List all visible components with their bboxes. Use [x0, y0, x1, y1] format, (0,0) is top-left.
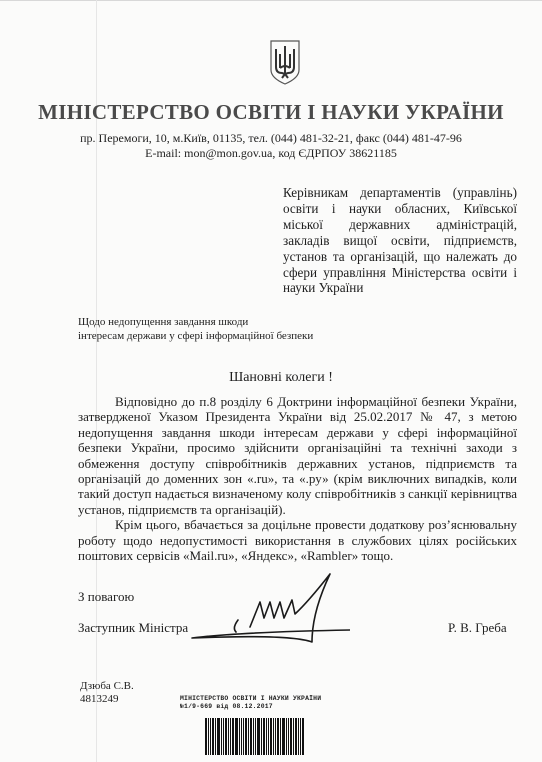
- ministry-contacts: пр. Перемоги, 10, м.Київ, 01135, тел. (0…: [0, 131, 542, 161]
- addressee-line: міської державних адміністрацій,: [283, 217, 517, 233]
- registration-stamp: МІНІСТЕРСТВО ОСВІТИ І НАУКИ УКРАЇНИ №1/9…: [180, 695, 380, 711]
- subject-line: Щодо недопущення завдання шкоди: [78, 315, 398, 329]
- addressee-block: Керівникам департаментів (управлінь) осв…: [283, 185, 517, 296]
- executor-info: Дзюба С.В. 4813249: [80, 680, 134, 706]
- addressee-line: закладів вищої освіти, підприємств,: [283, 233, 517, 249]
- addressee-line: освіти і науки обласних, Київської: [283, 201, 517, 217]
- barcode-icon: [205, 718, 323, 755]
- subject-line: інтересам держави у сфері інформаційної …: [78, 329, 398, 343]
- executor-phone: 4813249: [80, 693, 134, 706]
- addressee-line: Керівникам департаментів (управлінь): [283, 185, 517, 201]
- body-paragraph: Крім цього, вбачається за доцільне прове…: [78, 517, 517, 563]
- signer-position: Заступник Міністра: [78, 620, 188, 636]
- greeting: Шановні колеги !: [0, 370, 542, 386]
- ministry-title: МІНІСТЕРСТВО ОСВІТИ І НАУКИ УКРАЇНИ: [0, 100, 542, 125]
- signer-name: Р. В. Греба: [448, 620, 507, 636]
- page-edge: [0, 0, 542, 1]
- closing-phrase: З повагою: [78, 589, 134, 605]
- stamp-org: МІНІСТЕРСТВО ОСВІТИ І НАУКИ УКРАЇНИ: [180, 695, 380, 703]
- letter-subject: Щодо недопущення завдання шкоди інтереса…: [78, 315, 398, 343]
- addressee-line: установ та організацій, що належать до: [283, 249, 517, 265]
- addressee-line: сфери управління Міністерства освіти і: [283, 265, 517, 281]
- body-paragraph: Відповідно до п.8 розділу 6 Доктрини інф…: [78, 394, 517, 517]
- address-line: пр. Перемоги, 10, м.Київ, 01135, тел. (0…: [0, 131, 542, 146]
- handwritten-signature-icon: [180, 572, 350, 650]
- executor-name: Дзюба С.В.: [80, 680, 134, 693]
- email-line: E-mail: mon@mon.gov.ua, код ЄДРПОУ 38621…: [0, 146, 542, 161]
- ukraine-coat-of-arms-icon: [270, 40, 300, 85]
- letter-body: Відповідно до п.8 розділу 6 Доктрини інф…: [78, 394, 517, 563]
- letter-page: МІНІСТЕРСТВО ОСВІТИ І НАУКИ УКРАЇНИ пр. …: [0, 0, 542, 762]
- addressee-line: науки України: [283, 280, 517, 296]
- stamp-number-date: №1/9-669 від 08.12.2017: [180, 703, 380, 711]
